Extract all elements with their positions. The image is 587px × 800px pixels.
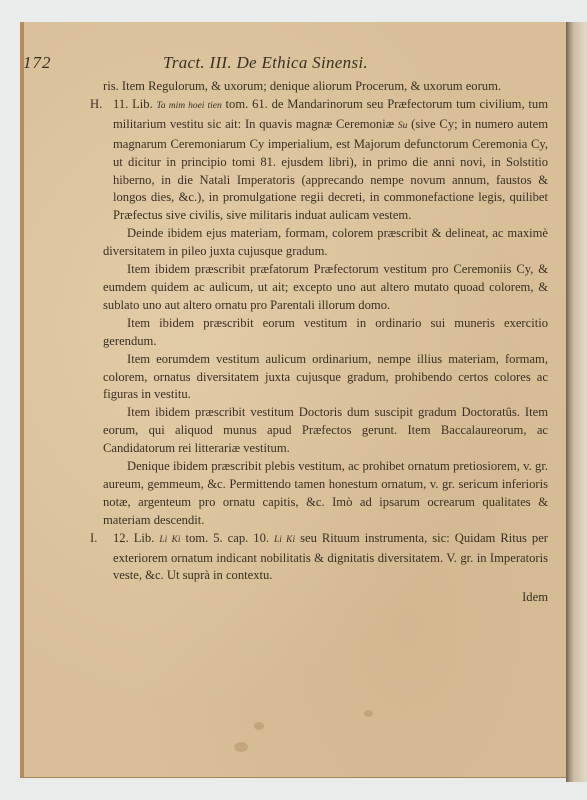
paragraph-7: Denique ibidem præscribit plebis vestitu… [103,458,548,530]
section-mark: I. [90,530,97,548]
book-gutter [566,22,587,782]
running-head: Tract. III. De Ethica Sinensi. [163,54,368,72]
section-mark: H. [90,96,102,114]
paragraph-6: Item ibidem præscribit vestitum Doctoris… [103,404,548,458]
chinese-title: Li Ki [159,535,180,545]
paper-stain [234,742,248,752]
page-text: 172 Tract. III. De Ethica Sinensi. ris. … [103,54,548,607]
paragraph-2: Deinde ibidem ejus materiam, formam, col… [103,225,548,261]
chinese-title: Li Ki [274,535,295,545]
paper-stain [364,710,373,717]
chinese-term: Su [398,121,408,131]
catchword: Idem [103,589,548,607]
paragraph-5: Item eorumdem vestitum aulicum ordinariu… [103,351,548,405]
chinese-title: Ta mim hoei tien [157,101,222,111]
paragraph-i12: I.12. Lib. Li Ki tom. 5. cap. 10. Li Ki … [103,530,548,586]
paragraph-h11: H.11. Lib. Ta mim hoei tien tom. 61. de … [103,96,548,225]
page-number: 172 [23,54,52,72]
paragraph-0: ris. Item Regulorum, & uxorum; denique a… [103,78,548,96]
page-header: 172 Tract. III. De Ethica Sinensi. [103,54,548,78]
paper-stain [254,722,264,730]
paragraph-3: Item ibidem præscribit præfatorum Præfec… [103,261,548,315]
paragraph-4: Item ibidem præscribit eorum vestitum in… [103,315,548,351]
